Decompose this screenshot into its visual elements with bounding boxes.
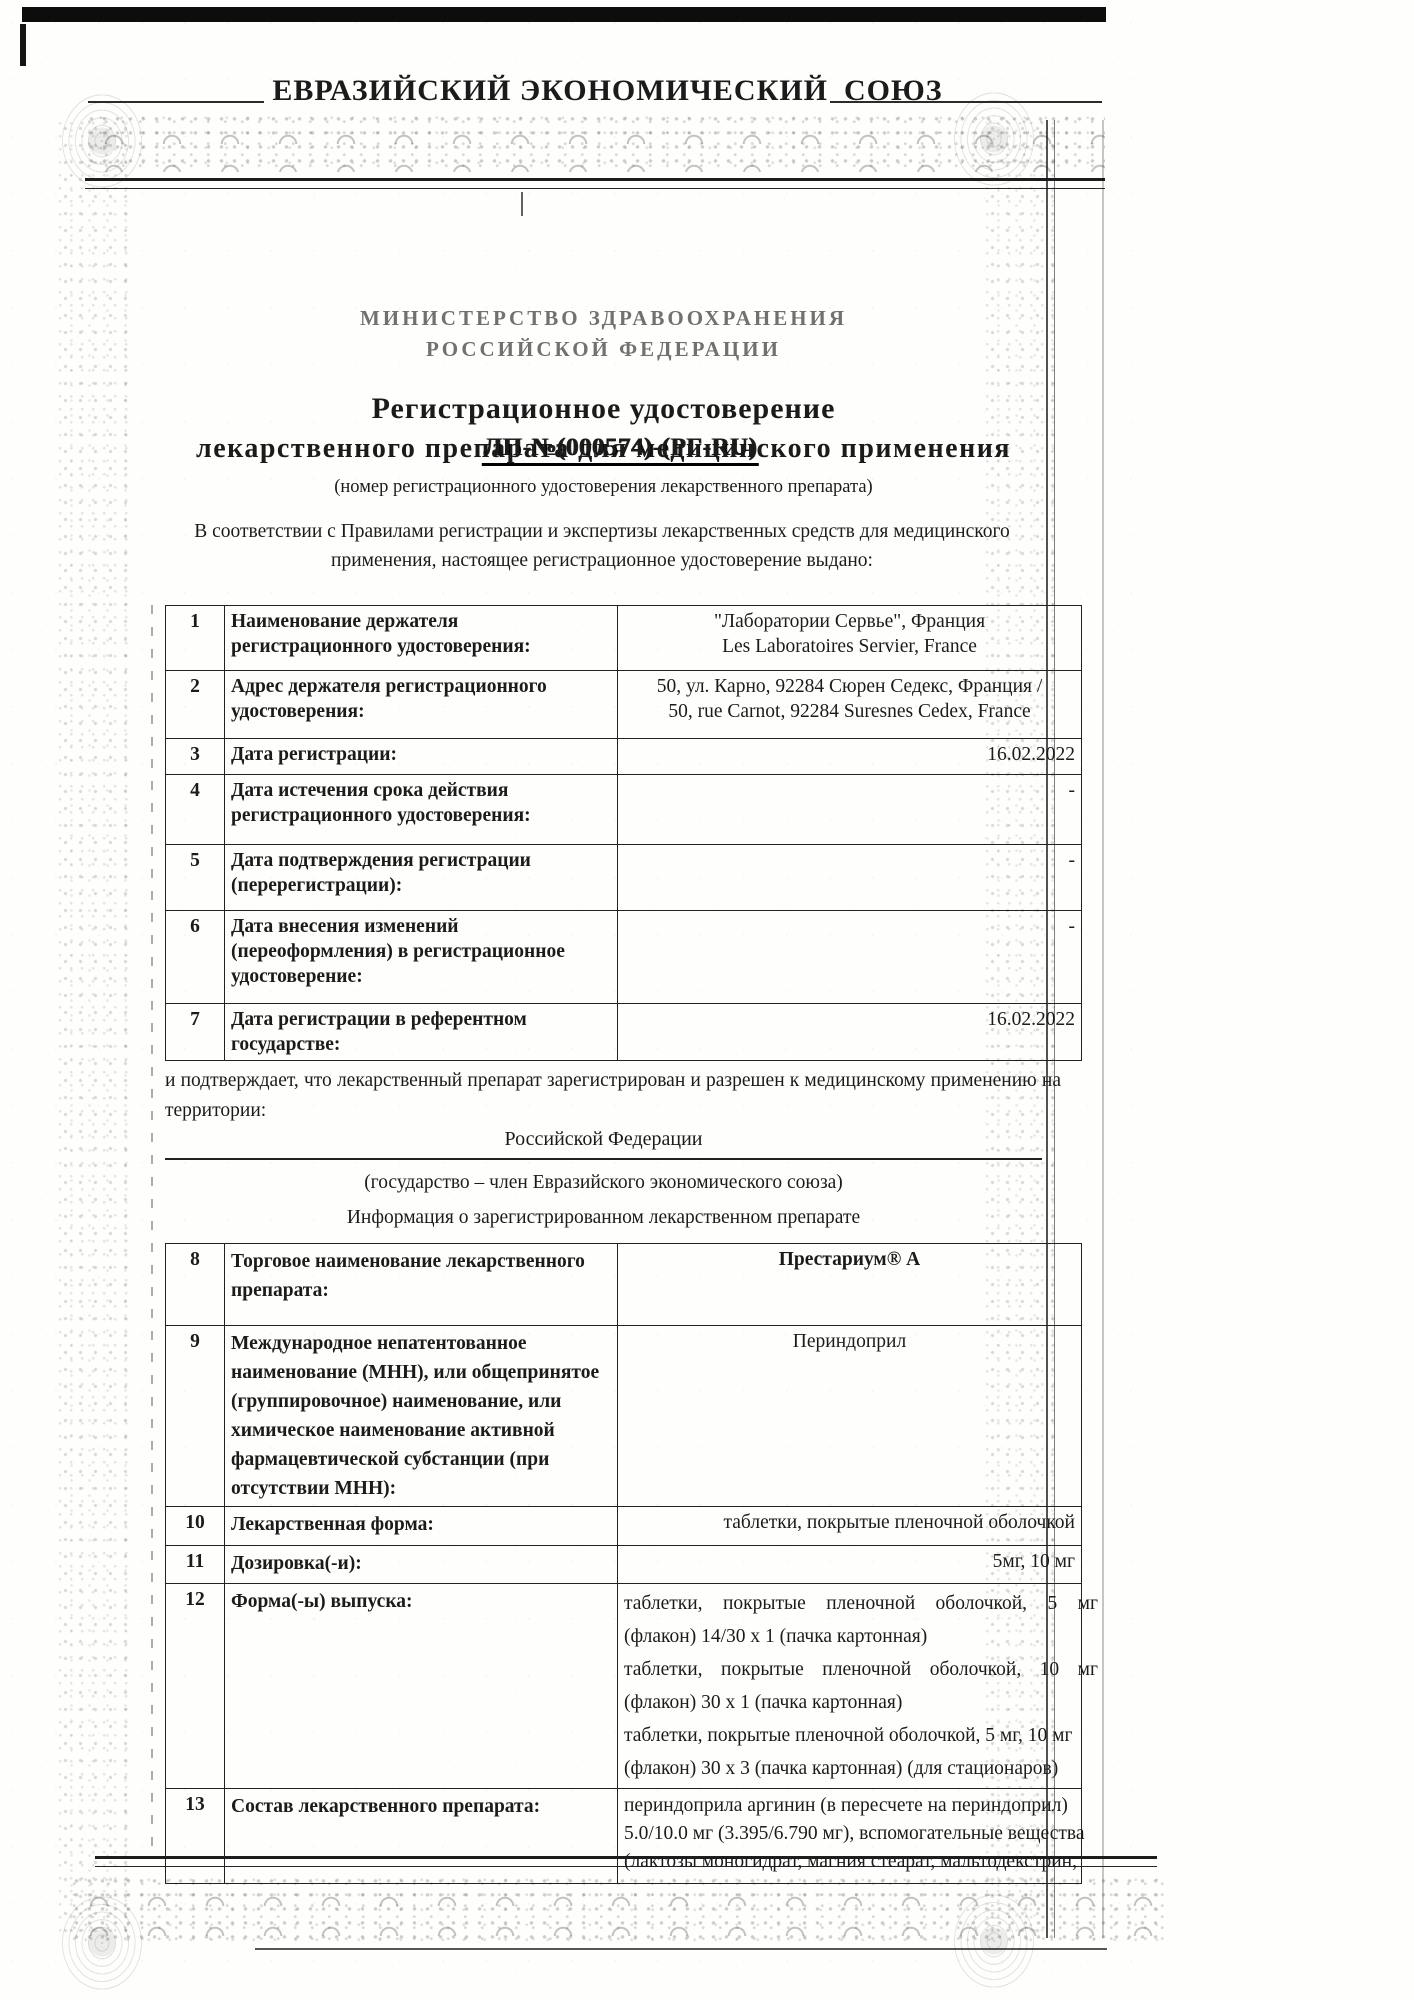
value-line: (флакон) 14/30 х 1 (пачка картонная) [624,1620,1098,1653]
center-tick-mark [521,192,523,216]
table-row: 4 Дата истечения срока действия регистра… [166,775,1082,845]
row-label: Дата подтверждения регистрации (перереги… [225,845,618,911]
value-line: (флакон) 30 х 1 (пачка картонная) [624,1686,1098,1719]
row-number: 11 [166,1546,225,1584]
row-label: Торговое наименование лекарственного пре… [225,1244,618,1326]
scan-artifact-edge [20,24,26,66]
registered-product-heading: Информация о зарегистрированном лекарств… [0,1207,1207,1229]
value-line: 5.0/10.0 мг (3.395/6.790 мг), вспомогате… [624,1820,1096,1848]
row-label: Состав лекарственного препарата: [225,1789,618,1884]
row-value: таблетки, покрытые пленочной оболочкой [618,1507,1082,1546]
value-line: таблетки, покрытые пленочной оболочкой, … [624,1653,1098,1686]
ornament-bottom-band [70,1876,1166,1942]
table-row: 8 Торговое наименование лекарственного п… [166,1244,1082,1326]
territory-underline [165,1158,1042,1160]
ministry-line2: РОССИЙСКОЙ ФЕДЕРАЦИИ [0,337,1207,362]
table-row: 12 Форма(-ы) выпуска: таблетки, покрытые… [166,1584,1082,1789]
row-value: 16.02.2022 [618,1004,1082,1061]
row-label: Дата регистрации: [225,739,618,775]
holder-dates-table: 1 Наименование держателя регистрационног… [165,605,1082,1061]
registration-number-stamp: ЛП-№(000574)-(РГ-RU) [481,434,759,466]
table-row: 9 Международное непатентованное наименов… [166,1326,1082,1507]
row-number: 13 [166,1789,225,1884]
row-value: - [618,775,1082,845]
row-number: 1 [166,606,225,671]
row-value: 5мг, 10 мг [618,1546,1082,1584]
scan-artifact-bar [22,7,1106,22]
value-line: (лактозы моногидрат, магния стеарат, мал… [624,1848,1096,1876]
row-number: 9 [166,1326,225,1507]
product-info-table: 8 Торговое наименование лекарственного п… [165,1243,1082,1884]
table-row: 3 Дата регистрации: 16.02.2022 [166,739,1082,775]
row-number: 10 [166,1507,225,1546]
left-dashed-rule [151,605,153,1855]
row-value: Периндоприл [618,1326,1082,1507]
table-row: 7 Дата регистрации в референтном государ… [166,1004,1082,1061]
table-row: 1 Наименование держателя регистрационног… [166,606,1082,671]
row-number: 8 [166,1244,225,1326]
row-number: 5 [166,845,225,911]
value-line: 50, rue Carnot, 92284 Suresnes Cedex, Fr… [624,699,1075,724]
certificate-title-line1: Регистрационное удостоверение [0,392,1207,426]
intro-paragraph: В соответствии с Правилами регистрации и… [152,517,1052,575]
value-line: таблетки, покрытые пленочной оболочкой, … [624,1587,1098,1620]
row-value: - [618,845,1082,911]
row-number: 3 [166,739,225,775]
territory-caption: (государство – член Евразийского экономи… [0,1172,1207,1194]
table-row: 13 Состав лекарственного препарата: пери… [166,1789,1082,1884]
registration-number-caption: (номер регистрационного удостоверения ле… [0,477,1207,498]
row-number: 4 [166,775,225,845]
value-line: таблетки, покрытые пленочной оболочкой, … [624,1719,1098,1752]
row-label: Международное непатентованное наименован… [225,1326,618,1507]
certificate-page: ЕВРАЗИЙСКИЙ ЭКОНОМИЧЕСКИЙСОЮЗ МИНИСТЕРСТ… [0,0,1414,2000]
union-title-text: ЕВРАЗИЙСКИЙ ЭКОНОМИЧЕСКИЙ [264,74,830,107]
certificate-title-line2: лекарственного препарата для медицинског… [0,433,1207,465]
union-title: ЕВРАЗИЙСКИЙ ЭКОНОМИЧЕСКИЙСОЮЗ [0,74,1207,108]
row-value: периндоприла аргинин (в пересчете на пер… [618,1789,1082,1884]
top-double-line [85,178,1105,189]
territory-name: Российской Федерации [0,1128,1207,1151]
row-label: Дата истечения срока действия регистраци… [225,775,618,845]
table-row: 5 Дата подтверждения регистрации (перере… [166,845,1082,911]
table-row: 2 Адрес держателя регистрационного удост… [166,671,1082,739]
row-value: - [618,911,1082,1004]
row-label: Форма(-ы) выпуска: [225,1584,618,1789]
row-value: 50, ул. Карно, 92284 Сюрен Седекс, Франц… [618,671,1082,739]
row-label: Дозировка(-и): [225,1546,618,1584]
union-title-struck-word: СОЮЗ [830,74,943,107]
table-row: 6 Дата внесения изменений (переоформлени… [166,911,1082,1004]
row-number: 2 [166,671,225,739]
bottom-thin-line [255,1948,1107,1950]
value-line: 50, ул. Карно, 92284 Сюрен Седекс, Франц… [624,674,1075,699]
row-number: 6 [166,911,225,1004]
row-label: Наименование держателя регистрационного … [225,606,618,671]
row-label: Адрес держателя регистрационного удостов… [225,671,618,739]
table-row: 10 Лекарственная форма: таблетки, покрыт… [166,1507,1082,1546]
confirmation-paragraph: и подтверждает, что лекарственный препар… [165,1066,1061,1126]
value-line: (флакон) 30 х 3 (пачка картонная) (для с… [624,1752,1098,1785]
ministry-line1: МИНИСТЕРСТВО ЗДРАВООХРАНЕНИЯ [0,306,1207,331]
row-value: "Лаборатории Сервье", Франция Les Labora… [618,606,1082,671]
row-label: Дата регистрации в референтном государст… [225,1004,618,1061]
row-number: 7 [166,1004,225,1061]
row-value: Престариум® А [618,1244,1082,1326]
table-row: 11 Дозировка(-и): 5мг, 10 мг [166,1546,1082,1584]
row-value: 16.02.2022 [618,739,1082,775]
value-line: Les Laboratoires Servier, France [624,634,1075,659]
row-value: таблетки, покрытые пленочной оболочкой, … [618,1584,1082,1789]
value-line: "Лаборатории Сервье", Франция [624,609,1075,634]
row-number: 12 [166,1584,225,1789]
value-line: периндоприла аргинин (в пересчете на пер… [624,1792,1096,1820]
row-label: Дата внесения изменений (переоформления)… [225,911,618,1004]
row-label: Лекарственная форма: [225,1507,618,1546]
